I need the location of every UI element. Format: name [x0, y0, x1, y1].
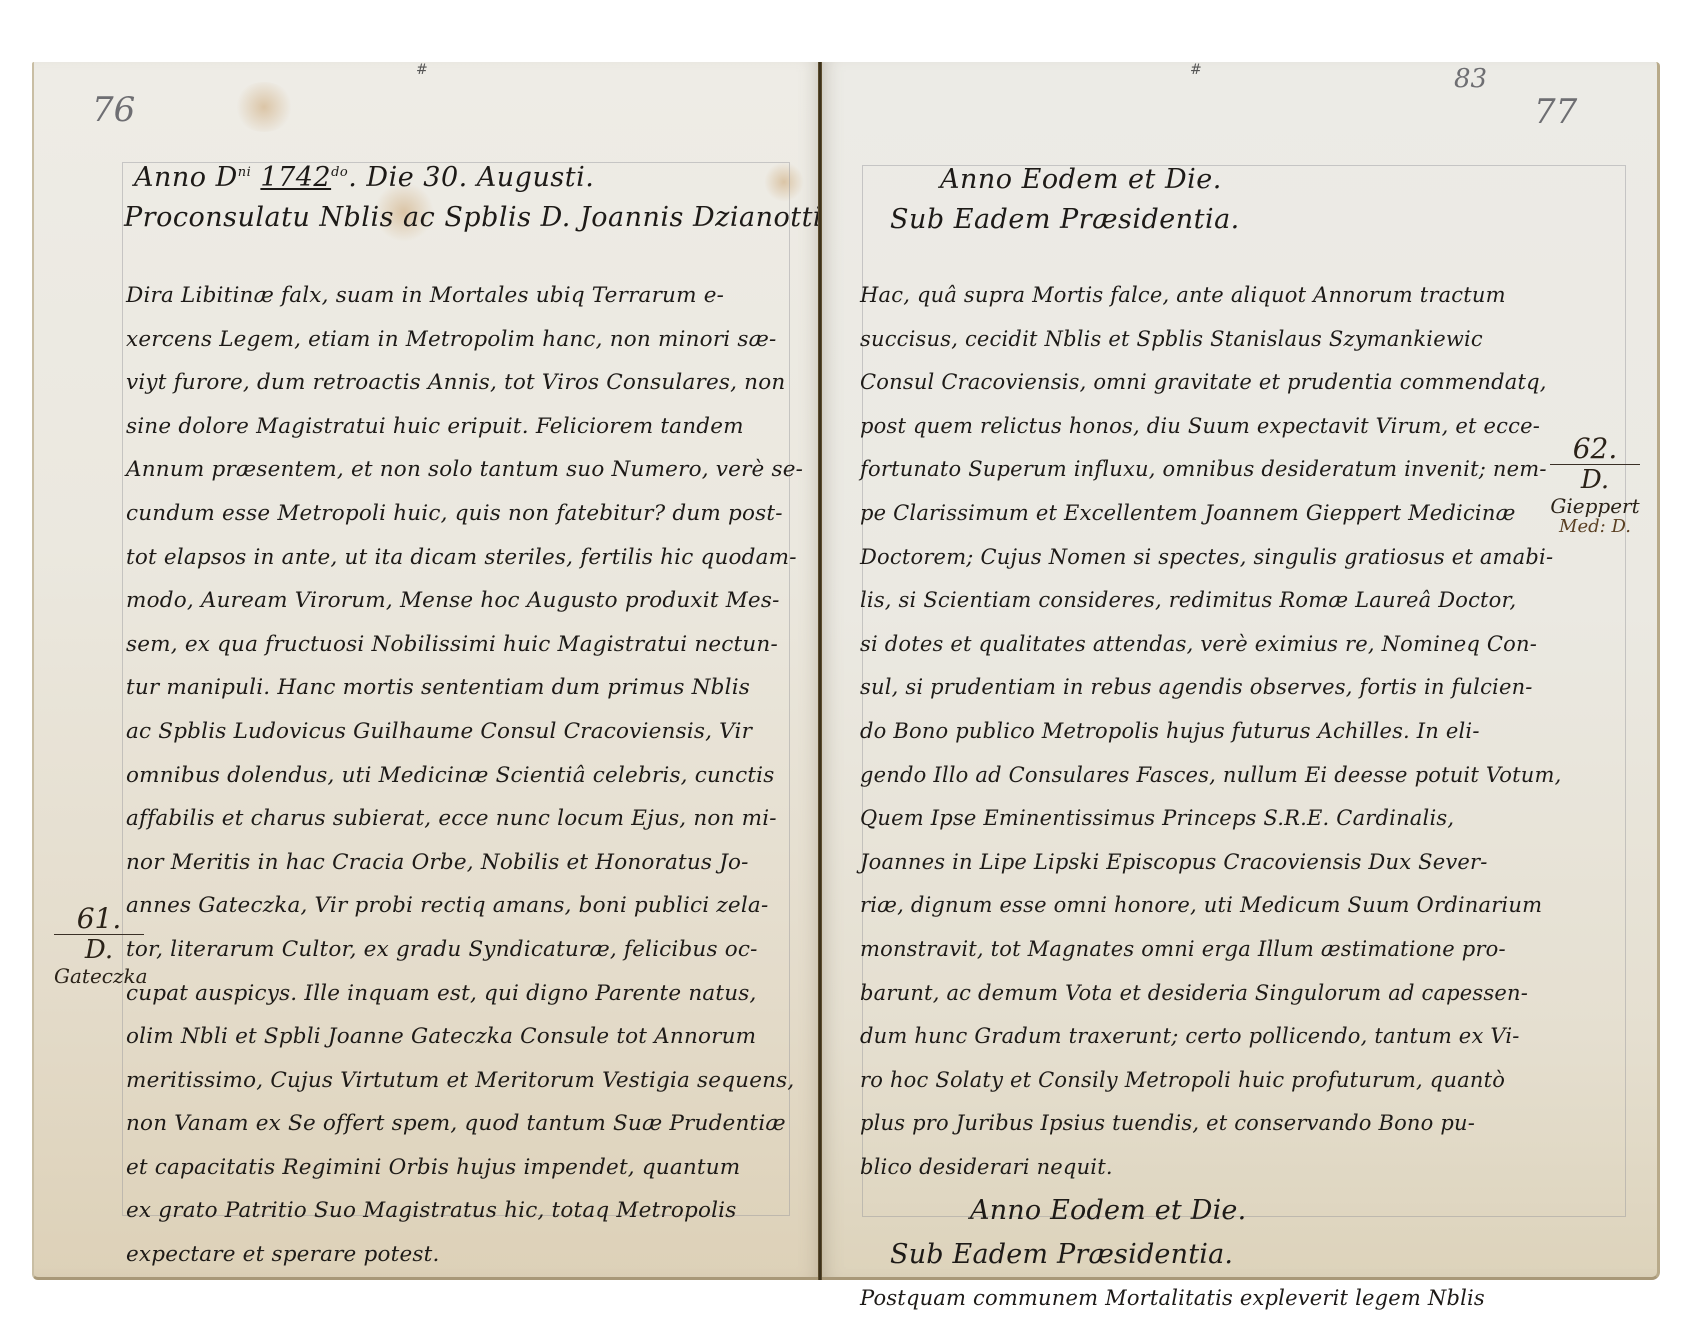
text-line: sem, ex qua fructuosi Nobilissimi huic M…: [126, 623, 786, 667]
open-manuscript-book: # 76 Anno Dni 1742do. Die 30. Augusti. P…: [32, 62, 1662, 1282]
text-line: ex grato Patritio Suo Magistratus hic, t…: [126, 1189, 786, 1233]
text-line: do Bono publico Metropolis hujus futurus…: [860, 710, 1640, 754]
entry-heading-date: Anno Dni 1742do. Die 30. Augusti.: [134, 162, 594, 193]
text-line: omnibus dolendus, uti Medicinæ Scientiâ …: [126, 754, 786, 798]
text-line: Annum præsentem, et non solo tantum suo …: [126, 448, 786, 492]
text-line: dum hunc Gradum traxerunt; certo pollice…: [860, 1015, 1640, 1059]
text-line: sine dolore Magistratui huic eripuit. Fe…: [126, 405, 786, 449]
text-line: xercens Legem, etiam in Metropolim hanc,…: [126, 318, 786, 362]
text-line: fortunato Superum influxu, omnibus desid…: [860, 448, 1640, 492]
entry-body-text: Dira Libitinæ falx, suam in Mortales ubi…: [126, 274, 786, 1277]
sub-entry-heading-presidency: Sub Eadem Præsidentia.: [860, 1233, 1640, 1277]
text-line: blico desiderari nequit.: [860, 1146, 1640, 1190]
entry-heading-presidency: Sub Eadem Præsidentia.: [890, 204, 1240, 235]
text-line: modo, Auream Virorum, Mense hoc Augusto …: [126, 579, 786, 623]
text-line: gendo Illo ad Consulares Fasces, nullum …: [860, 754, 1640, 798]
text-line: riæ, dignum esse omni honore, uti Medicu…: [860, 884, 1640, 928]
text-line: expectare et sperare potest.: [126, 1233, 786, 1277]
sub-entry-heading-date: Anno Eodem et Die.: [860, 1189, 1640, 1233]
text-line: Hac, quâ supra Mortis falce, ante aliquo…: [860, 274, 1640, 318]
margin-note-62: 62. D. Gieppert Med: D.: [1550, 434, 1640, 537]
text-line: succisus, cecidit Nblis et Spblis Stanis…: [860, 318, 1640, 362]
text-line: et capacitatis Regimini Orbis hujus impe…: [126, 1146, 786, 1190]
text-line: olim Nbli et Spbli Joanne Gateczka Consu…: [126, 1015, 786, 1059]
text-line: pe Clarissimum et Excellentem Joannem Gi…: [860, 492, 1640, 536]
stain: [234, 82, 294, 132]
text-line: Consul Cracoviensis, omni gravitate et p…: [860, 361, 1640, 405]
text-line: Dira Libitinæ falx, suam in Mortales ubi…: [126, 274, 786, 318]
text-line: non Vanam ex Se offert spem, quod tantum…: [126, 1102, 786, 1146]
text-line: ro hoc Solaty et Consily Metropoli huic …: [860, 1059, 1640, 1103]
entry-name: Gateczka: [54, 965, 144, 987]
text-line: Postquam communem Mortalitatis expleveri…: [860, 1277, 1640, 1321]
left-page: # 76 Anno Dni 1742do. Die 30. Augusti. P…: [32, 62, 820, 1280]
entry-number: 61.: [54, 904, 144, 935]
margin-note-61: 61. D. Gateczka: [54, 904, 144, 987]
pencil-page-number: 76: [92, 90, 135, 130]
entry-number: 62.: [1550, 434, 1640, 465]
text-line: nor Meritis in hac Cracia Orbe, Nobilis …: [126, 841, 786, 885]
text-line: viyt furore, dum retroactis Annis, tot V…: [126, 361, 786, 405]
text-line: Joannes in Lipe Lipski Episcopus Cracovi…: [860, 841, 1640, 885]
entry-heading-date: Anno Eodem et Die.: [940, 164, 1222, 195]
text-line: sul, si prudentiam in rebus agendis obse…: [860, 666, 1640, 710]
entry-title: Med: D.: [1550, 517, 1640, 537]
text-line: post quem relictus honos, diu Suum expec…: [860, 405, 1640, 449]
pencil-page-number: 77: [1534, 92, 1577, 132]
entry-name: Gieppert: [1550, 495, 1640, 517]
text-line: meritissimo, Cujus Virtutum et Meritorum…: [126, 1059, 786, 1103]
text-line: affabilis et charus subierat, ecce nunc …: [126, 797, 786, 841]
text-line: tur manipuli. Hanc mortis sententiam dum…: [126, 666, 786, 710]
top-mark: #: [416, 62, 428, 78]
text-line: tor, literarum Cultor, ex gradu Syndicat…: [126, 928, 786, 972]
entry-letter: D.: [1550, 465, 1640, 495]
text-line: cundum esse Metropoli huic, quis non fat…: [126, 492, 786, 536]
text-line: monstravit, tot Magnates omni erga Illum…: [860, 928, 1640, 972]
text-line: barunt, ac demum Vota et desideria Singu…: [860, 972, 1640, 1016]
text-line: si dotes et qualitates attendas, verè ex…: [860, 623, 1640, 667]
text-line: tot elapsos in ante, ut ita dicam steril…: [126, 536, 786, 580]
top-mark: #: [1190, 62, 1202, 78]
text-line: ac Spblis Ludovicus Guilhaume Consul Cra…: [126, 710, 786, 754]
year: 1742: [260, 162, 331, 193]
entry-letter: D.: [54, 935, 144, 965]
text-line: plus pro Juribus Ipsius tuendis, et cons…: [860, 1102, 1640, 1146]
text-line: Quem Ipse Eminentissimus Princeps S.R.E.…: [860, 797, 1640, 841]
entry-body-text: Hac, quâ supra Mortis falce, ante aliquo…: [860, 274, 1640, 1320]
text-line: annes Gateczka, Vir probi rectiq amans, …: [126, 884, 786, 928]
right-page: # 83 77 Anno Eodem et Die. Sub Eadem Præ…: [822, 62, 1660, 1280]
text-line: Doctorem; Cujus Nomen si spectes, singul…: [860, 536, 1640, 580]
entry-heading-proconsul: Proconsulatu Nblis ac Spblis D. Joannis …: [124, 202, 822, 233]
pencil-folio-number: 83: [1454, 64, 1487, 94]
text-line: cupat auspicys. Ille inquam est, qui dig…: [126, 972, 786, 1016]
text-line: lis, si Scientiam consideres, redimitus …: [860, 579, 1640, 623]
